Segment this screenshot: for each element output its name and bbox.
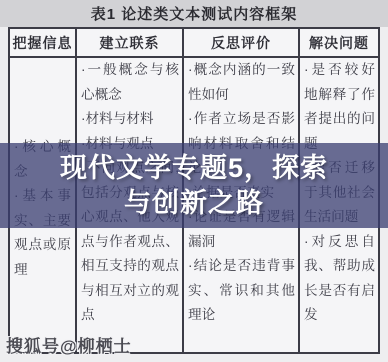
sohu-account-watermark: 搜狐号@柳栖士 [6,332,132,357]
bullet-item: ·结论是否违背事实、常识和其他理论 [188,254,295,328]
caption-overlay-line2: 与创新之路 [124,186,264,221]
column-header-make-connections: 建立联系 [77,29,184,56]
bullet-item: ·对反思自我、帮助成长是否有启发 [304,230,375,328]
bullet-item: ·是否较好地解释了作者提出的问题 [304,58,375,156]
article-image: 表1 论述类文本测试内容框架 把握信息 建立联系 反思评价 解决问题 ·核心概念… [0,0,388,362]
bullet-item: ·一般概念与核心概念 [81,58,179,107]
column-header-solve-problems: 解决问题 [300,29,378,56]
caption-overlay-banner: 现代文学专题5，探索 与创新之路 [0,143,388,228]
column-header-reflect-evaluate: 反思评价 [184,29,300,56]
bullet-item: ·材料与材料 [81,107,179,132]
column-header-grasp-info: 把握信息 [10,29,77,56]
bullet-item: ·概念内涵的一致性如何 [188,58,295,107]
table-caption: 表1 论述类文本测试内容框架 [91,3,298,24]
table-header-row: 把握信息 建立联系 反思评价 解决问题 [10,29,378,58]
table-caption-bar: 表1 论述类文本测试内容框架 [0,0,388,27]
caption-overlay-line1: 现代文学专题5，探索 [60,151,328,186]
